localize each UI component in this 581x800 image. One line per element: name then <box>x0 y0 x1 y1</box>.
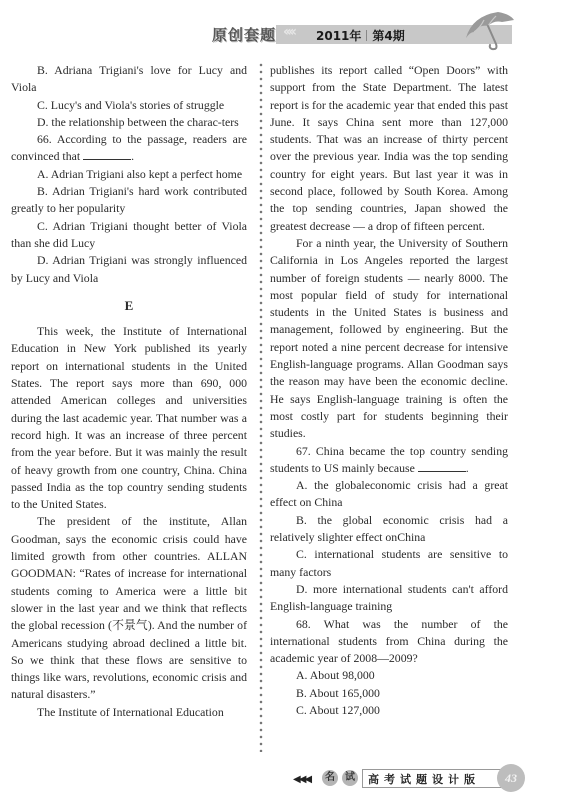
header-issue-number: 第4期 <box>372 29 404 43</box>
answer-blank <box>83 149 131 160</box>
q68-option-c: C. About 127,000 <box>270 702 508 719</box>
q65-option-d: D. the relationship between the charac-t… <box>11 114 247 131</box>
footer-badge-ming: 名 <box>322 770 338 786</box>
q67-option-a: A. the globaleconomic crisis had a great… <box>270 477 508 512</box>
passage-paragraph: The president of the institute, Allan Go… <box>11 513 247 703</box>
footer-badge-shi: 试 <box>342 770 358 786</box>
q67-option-d: D. more international students can't aff… <box>270 581 508 616</box>
q67-stem: 67. China became the top country sending… <box>270 443 508 478</box>
header-issue: 2011年第4期 <box>316 27 405 44</box>
page-number: 43 <box>497 764 525 792</box>
q66-option-c: C. Adrian Trigiani thought better of Vio… <box>11 218 247 253</box>
header-brand: 原创套题 <box>212 24 276 45</box>
q68-stem: 68. What was the number of the internati… <box>270 616 508 668</box>
header-year: 2011年 <box>316 29 361 43</box>
q67-stem-text: 67. China became the top country sending… <box>270 444 508 475</box>
q66-option-d: D. Adrian Trigiani was strongly influenc… <box>11 252 247 287</box>
q66-stem: 66. According to the passage, readers ar… <box>11 131 247 166</box>
q67-option-c: C. international students are sensitive … <box>270 546 508 581</box>
header-separator <box>366 30 367 41</box>
left-column: B. Adriana Trigiani's love for Lucy and … <box>11 62 247 721</box>
answer-blank <box>418 461 466 472</box>
page-header: 原创套题 ‹‹‹‹ 2011年第4期 <box>0 0 581 55</box>
passage-paragraph: publishes its report called “Open Doors”… <box>270 62 508 235</box>
q65-option-b: B. Adriana Trigiani's love for Lucy and … <box>11 62 247 97</box>
section-heading: E <box>11 297 247 314</box>
q68-option-b: B. About 165,000 <box>270 685 508 702</box>
passage-paragraph: For a ninth year, the University of Sout… <box>270 235 508 443</box>
q65-option-c: C. Lucy's and Viola's stories of struggl… <box>11 97 247 114</box>
q66-option-b: B. Adrian Trigiani's hard work contribut… <box>11 183 247 218</box>
q67-option-b: B. the global economic crisis had a rela… <box>270 512 508 547</box>
chevron-left-icon: ‹‹‹‹ <box>283 24 294 40</box>
q67-stem-end: . <box>466 461 469 475</box>
footer-title: 高考试题设计版 <box>368 771 480 787</box>
passage-paragraph: This week, the Institute of Internationa… <box>11 323 247 513</box>
page-footer: ◀◀◀ 名 试 高考试题设计版 43 <box>0 760 581 800</box>
passage-paragraph: The Institute of International Education <box>11 704 247 721</box>
triangle-left-icon: ◀◀◀ <box>293 774 310 785</box>
q68-option-a: A. About 98,000 <box>270 667 508 684</box>
column-divider <box>258 62 264 752</box>
q66-option-a: A. Adrian Trigiani also kept a perfect h… <box>11 166 247 183</box>
q66-stem-end: . <box>131 149 134 163</box>
right-column: publishes its report called “Open Doors”… <box>270 62 508 719</box>
umbrella-icon <box>458 8 518 52</box>
